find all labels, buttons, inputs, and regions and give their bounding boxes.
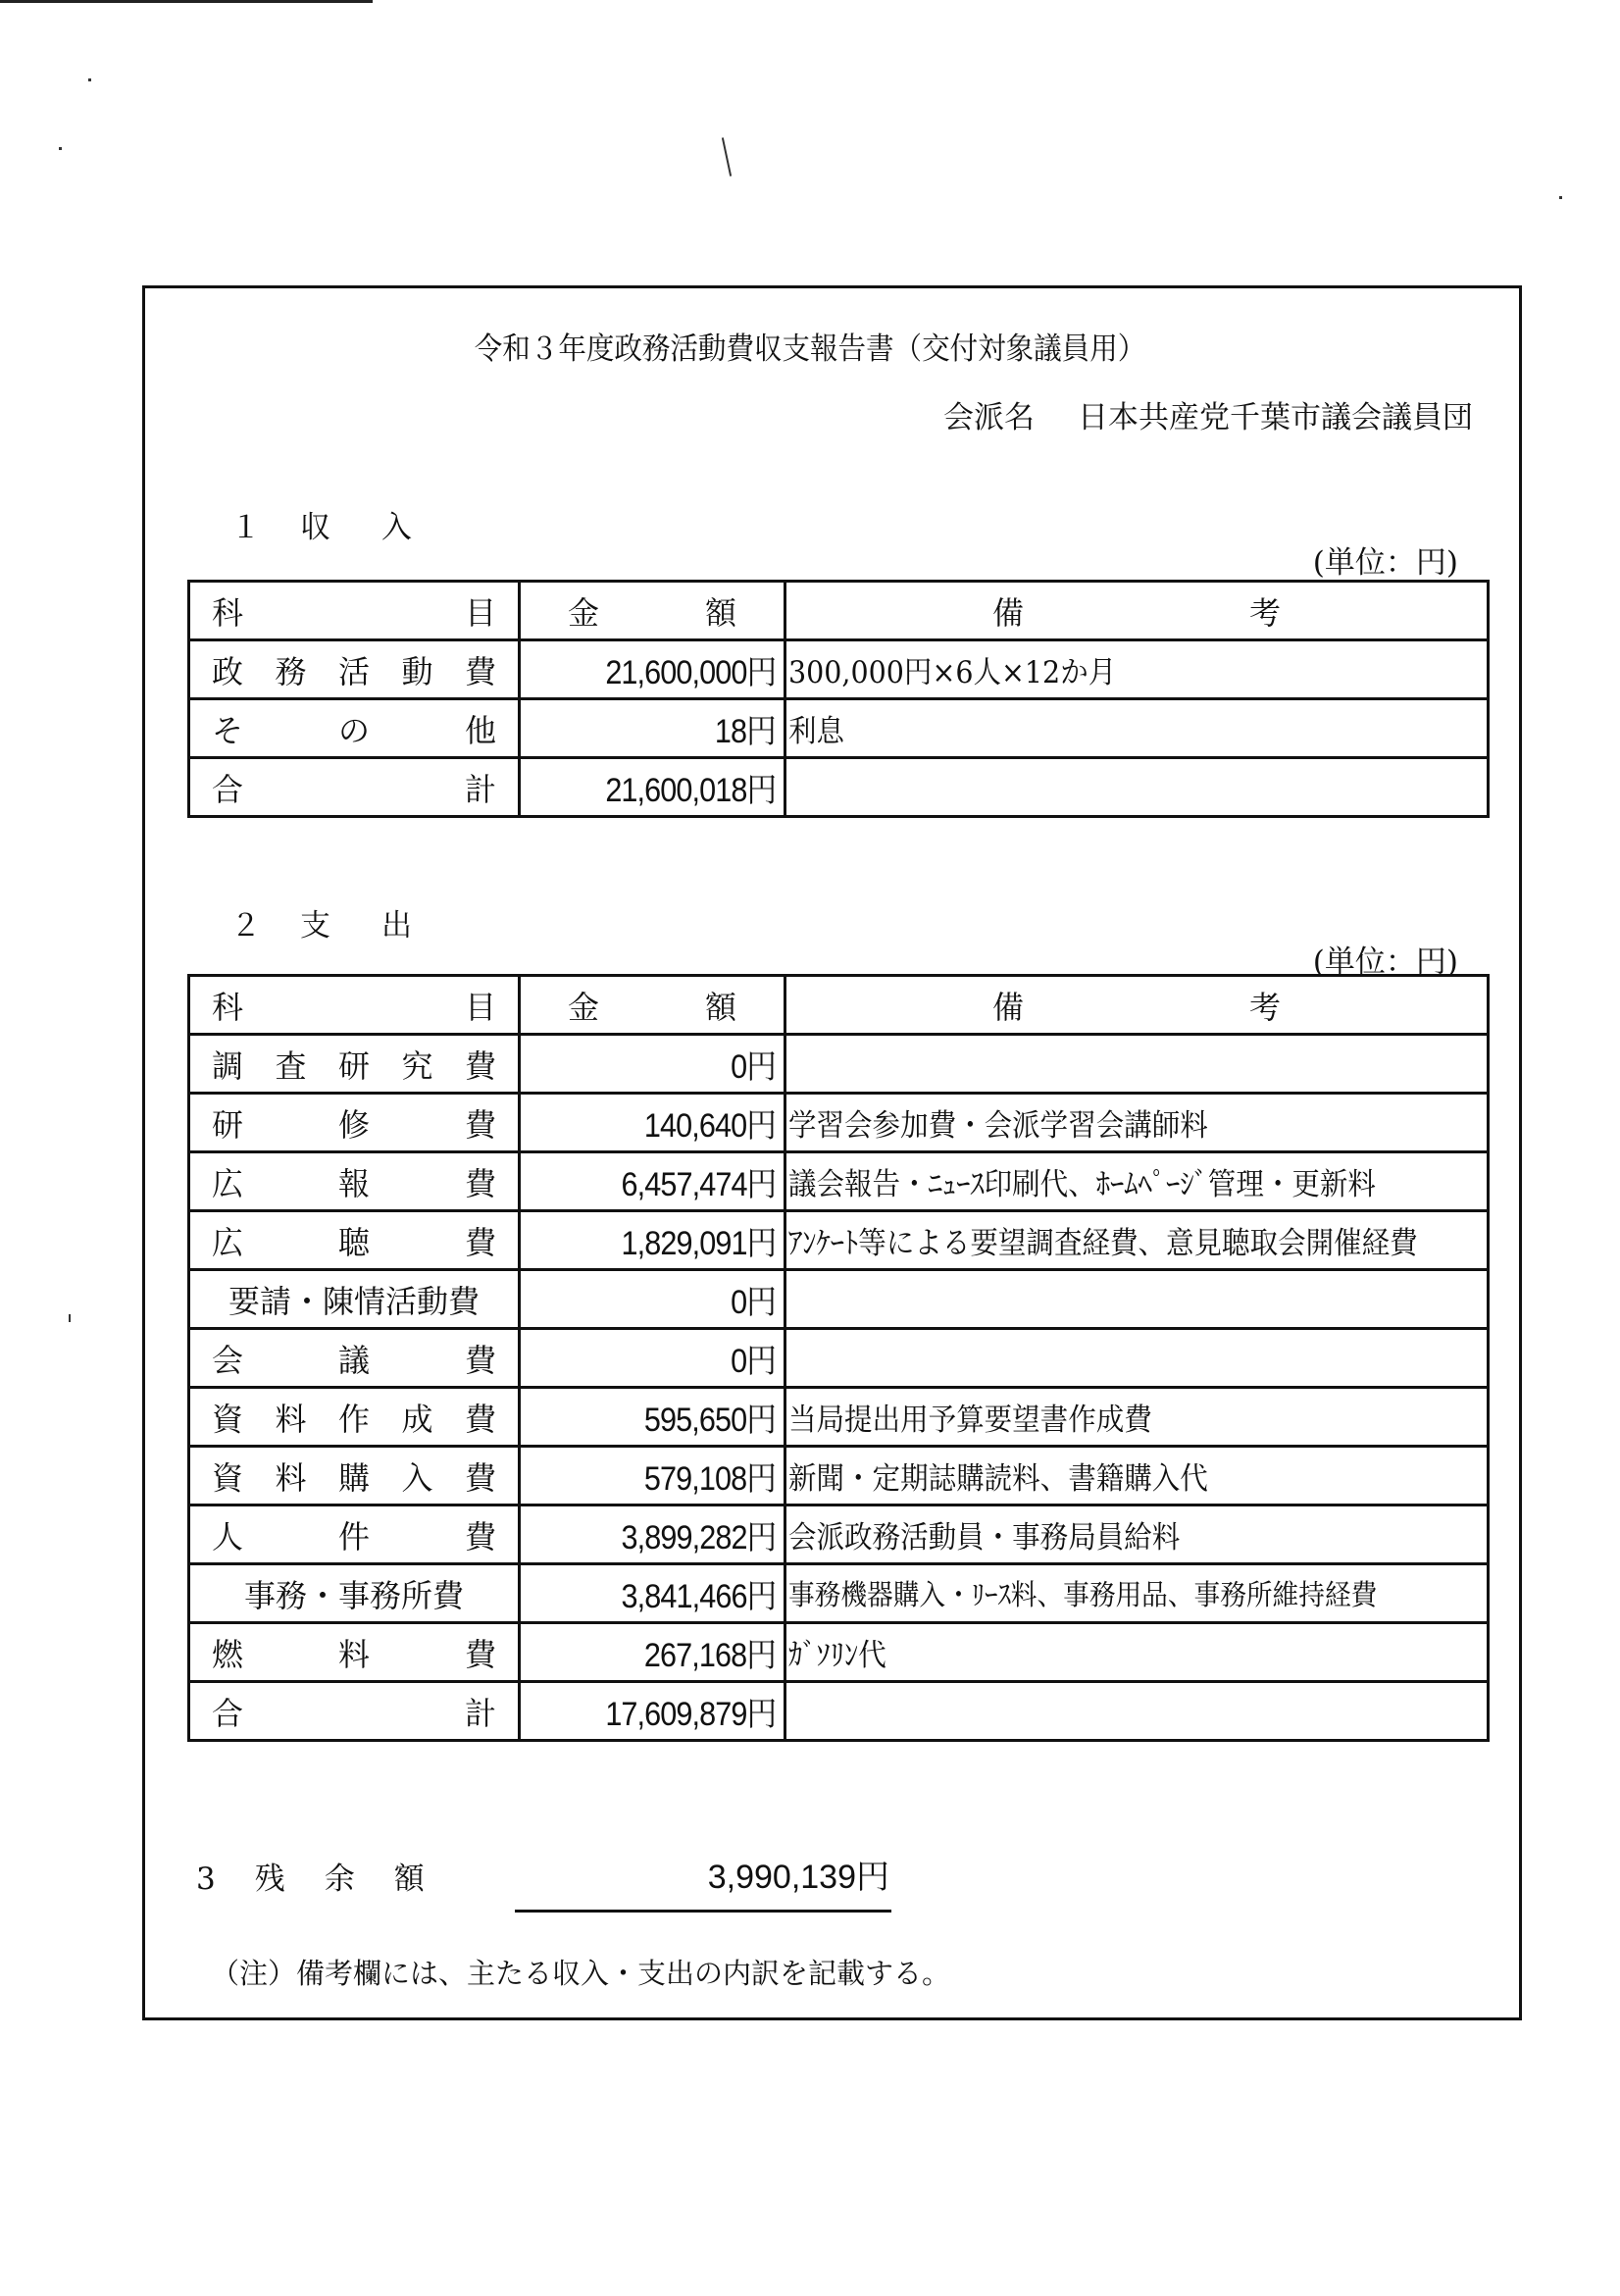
scan-speck — [59, 147, 62, 150]
remarks-cell — [785, 1329, 1489, 1388]
table-row: 会議費 0円 — [189, 1329, 1489, 1388]
income-section-heading: １収入 — [230, 502, 463, 546]
heading-char: 出 — [381, 900, 412, 944]
table-row: 人件費 3,899,282円 会派政務活動員・事務局員給料 — [189, 1505, 1489, 1564]
faction-line: 会派名日本共産党千葉市議会議員団 — [943, 392, 1473, 436]
category-cell: 事務・事務所費 — [189, 1564, 520, 1623]
amount-cell: 0円 — [520, 1270, 785, 1329]
remarks-cell: ｱﾝｹｰﾄ等による要望調査経費、意見聴取会開催経費 — [785, 1211, 1489, 1270]
category-cell: 調査研究費 — [189, 1035, 520, 1094]
remarks-cell — [785, 758, 1489, 817]
section-number: 3 — [196, 1862, 216, 1897]
category-cell: 資料購入費 — [189, 1447, 520, 1505]
scan-speck — [1559, 196, 1562, 199]
amount-cell: 3,899,282円 — [520, 1505, 785, 1564]
scan-speck — [88, 78, 91, 81]
remarks-cell: 当局提出用予算要望書作成費 — [785, 1388, 1489, 1447]
table-row: 資料作成費 595,650円 当局提出用予算要望書作成費 — [189, 1388, 1489, 1447]
remarks-cell: 議会報告・ﾆｭｰｽ印刷代、ﾎｰﾑﾍﾟｰｼﾞ管理・更新料 — [785, 1152, 1489, 1211]
table-row: 研修費 140,640円 学習会参加費・会派学習会講師料 — [189, 1094, 1489, 1152]
faction-name: 日本共産党千葉市議会議員団 — [1078, 400, 1473, 435]
amount-cell: 0円 — [520, 1329, 785, 1388]
balance-amount: 3,990,139円 — [515, 1850, 889, 1898]
table-row: 広報費 6,457,474円 議会報告・ﾆｭｰｽ印刷代、ﾎｰﾑﾍﾟｰｼﾞ管理・更… — [189, 1152, 1489, 1211]
faction-label: 会派名 — [943, 400, 1035, 435]
category-cell: その他 — [189, 699, 520, 758]
amount-cell: 3,841,466円 — [520, 1564, 785, 1623]
category-cell: 人件費 — [189, 1505, 520, 1564]
remarks-cell: ｶﾞｿﾘﾝ代 — [785, 1623, 1489, 1682]
table-row: 要請・陳情活動費 0円 — [189, 1270, 1489, 1329]
remarks-cell: 学習会参加費・会派学習会講師料 — [785, 1094, 1489, 1152]
balance-heading: 3残余額 — [196, 1854, 464, 1898]
category-cell: 政務活動費 — [189, 640, 520, 699]
table-header-row: 科目 金額 備考 — [189, 976, 1489, 1035]
amount-cell: 595,650円 — [520, 1388, 785, 1447]
table-total-row: 合計 17,609,879円 — [189, 1682, 1489, 1741]
expenditure-section-heading: ２支出 — [230, 900, 463, 944]
table-row: 調査研究費 0円 — [189, 1035, 1489, 1094]
category-cell: 燃料費 — [189, 1623, 520, 1682]
table-row: 広聴費 1,829,091円 ｱﾝｹｰﾄ等による要望調査経費、意見聴取会開催経費 — [189, 1211, 1489, 1270]
table-row: 事務・事務所費 3,841,466円 事務機器購入・ﾘｰｽ料、事務用品、事務所維… — [189, 1564, 1489, 1623]
remarks-cell: 300,000円×6人×12か月 — [785, 640, 1489, 699]
amount-cell: 21,600,000円 — [520, 640, 785, 699]
amount-cell: 6,457,474円 — [520, 1152, 785, 1211]
header-category: 科目 — [189, 976, 520, 1035]
header-amount: 金額 — [520, 582, 785, 640]
amount-cell: 17,609,879円 — [520, 1682, 785, 1741]
table-row: 政務活動費 21,600,000円 300,000円×6人×12か月 — [189, 640, 1489, 699]
remarks-cell: 新聞・定期誌購読料、書籍購入代 — [785, 1447, 1489, 1505]
amount-cell: 1,829,091円 — [520, 1211, 785, 1270]
remarks-cell — [785, 1682, 1489, 1741]
amount-cell: 18円 — [520, 699, 785, 758]
amount-cell: 21,600,018円 — [520, 758, 785, 817]
remarks-cell: 利息 — [785, 699, 1489, 758]
category-cell: 研修費 — [189, 1094, 520, 1152]
heading-char: 残 — [255, 1854, 285, 1898]
remarks-cell: 会派政務活動員・事務局員給料 — [785, 1505, 1489, 1564]
remarks-cell: 事務機器購入・ﾘｰｽ料、事務用品、事務所維持経費 — [785, 1564, 1489, 1623]
heading-char: 入 — [381, 502, 412, 546]
heading-char: 余 — [325, 1854, 355, 1898]
report-title: 令和３年度政務活動費収支報告書（交付対象議員用） — [0, 324, 1620, 368]
expenditure-table: 科目 金額 備考 調査研究費 0円 研修費 140,640円 学習会参加費・会派… — [187, 974, 1490, 1742]
table-total-row: 合計 21,600,018円 — [189, 758, 1489, 817]
footnote: （注）備考欄には、主たる収入・支出の内訳を記載する。 — [211, 1952, 950, 1992]
amount-cell: 267,168円 — [520, 1623, 785, 1682]
category-cell: 広報費 — [189, 1152, 520, 1211]
header-remarks: 備考 — [785, 976, 1489, 1035]
table-row: 燃料費 267,168円 ｶﾞｿﾘﾝ代 — [189, 1623, 1489, 1682]
heading-char: 収 — [300, 502, 330, 546]
header-category: 科目 — [189, 582, 520, 640]
table-row: その他 18円 利息 — [189, 699, 1489, 758]
table-header-row: 科目 金額 備考 — [189, 582, 1489, 640]
section-number: １ — [230, 510, 261, 545]
category-cell: 要請・陳情活動費 — [189, 1270, 520, 1329]
table-row: 資料購入費 579,108円 新聞・定期誌購読料、書籍購入代 — [189, 1447, 1489, 1505]
category-cell: 資料作成費 — [189, 1388, 520, 1447]
remarks-cell — [785, 1035, 1489, 1094]
heading-char: 額 — [394, 1854, 425, 1898]
heading-char: 支 — [300, 900, 330, 944]
remarks-cell — [785, 1270, 1489, 1329]
header-remarks: 備考 — [785, 582, 1489, 640]
header-amount: 金額 — [520, 976, 785, 1035]
amount-cell: 579,108円 — [520, 1447, 785, 1505]
amount-cell: 0円 — [520, 1035, 785, 1094]
income-unit-label: (単位：円) — [1313, 537, 1458, 582]
amount-cell: 140,640円 — [520, 1094, 785, 1152]
income-table: 科目 金額 備考 政務活動費 21,600,000円 300,000円×6人×1… — [187, 580, 1490, 818]
category-cell: 合計 — [189, 758, 520, 817]
balance-underline — [515, 1910, 891, 1913]
scan-speck — [722, 137, 732, 177]
scan-artifact-line — [0, 0, 373, 3]
category-cell: 広聴費 — [189, 1211, 520, 1270]
category-cell: 合計 — [189, 1682, 520, 1741]
section-number: ２ — [230, 908, 261, 944]
scan-speck — [69, 1314, 71, 1322]
category-cell: 会議費 — [189, 1329, 520, 1388]
